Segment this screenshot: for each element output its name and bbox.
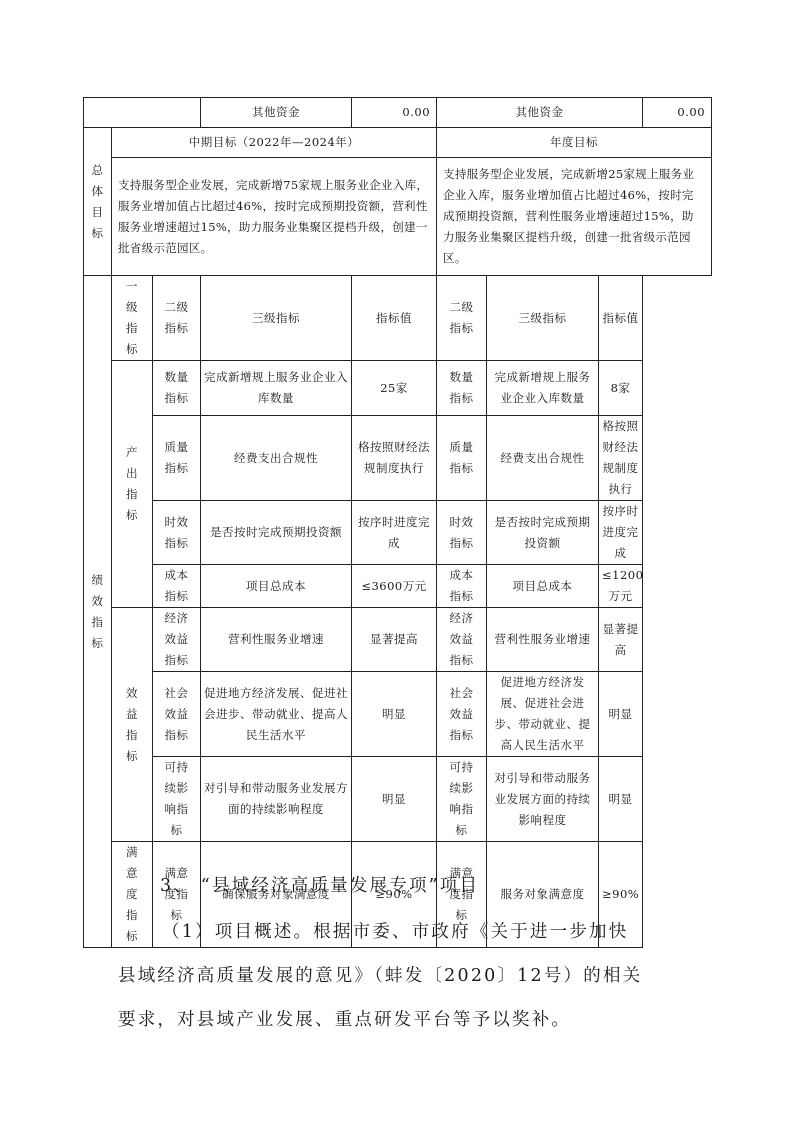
level2-annual-cell: 成本指标 [437,565,487,608]
level3-annual-cell: 对引导和带动服务业发展方面的持续影响程度 [487,757,599,842]
level2-cell: 社会效益指标 [153,672,201,757]
level3-annual-cell: 经费支出合规性 [487,416,599,501]
indicator-row: 产出指标 数量指标 完成新增规上服务业企业入库数量 25家 数量指标 完成新增规… [84,361,712,416]
value-annual-cell: ≤1200万元 [599,565,643,608]
section-heading: 3、 “县域经济高质量发展专项”项目 [160,872,479,897]
level2-annual-cell: 可持续影响指标 [437,757,487,842]
level3-annual-cell: 完成新增规上服务业企业入库数量 [487,361,599,416]
performance-goal-table: 其他资金 0.00 其他资金 0.00 总体目标 中期目标（2022年—2024… [83,97,712,948]
indicator-row: 时效指标 是否按时完成预期投资额 按序时进度完成 时效指标 是否按时完成预期投资… [84,501,712,565]
level3-annual-cell: 项目总成本 [487,565,599,608]
value-cell: ≤3600万元 [352,565,437,608]
level2-cell: 数量指标 [153,361,201,416]
value-cell: 格按照财经法规制度执行 [352,416,437,501]
level3-cell: 完成新增规上服务业企业入库数量 [201,361,352,416]
funding-label-midterm: 其他资金 [201,98,352,128]
header-level2-annual: 二级指标 [437,276,487,361]
level2-cell: 可持续影响指标 [153,757,201,842]
level3-cell: 项目总成本 [201,565,352,608]
value-annual-cell: 8家 [599,361,643,416]
value-annual-cell: 按序时进度完成 [599,501,643,565]
header-value-annual: 指标值 [599,276,643,361]
funding-row: 其他资金 0.00 其他资金 0.00 [84,98,712,128]
level3-annual-cell: 促进地方经济发展、促进社会进步、带动就业、提高人民生活水平 [487,672,599,757]
paragraph-line: 要求，对县域产业发展、重点研发平台等予以奖补。 [118,1006,571,1031]
annual-goal-text: 支持服务型企业发展，完成新增25家规上服务业企业入库，服务业增加值占比超过46%… [437,158,712,276]
level3-cell: 对引导和带动服务业发展方面的持续影响程度 [201,757,352,842]
mid-term-goal-text: 支持服务型企业发展，完成新增75家规上服务业企业入库，服务业增加值占比超过46%… [112,158,437,276]
header-level1: 一级指标 [112,276,153,361]
indicator-row: 效益指标 经济效益指标 营利性服务业增速 显著提高 经济效益指标 营利性服务业增… [84,608,712,672]
header-level3: 三级指标 [201,276,352,361]
header-level2: 二级指标 [153,276,201,361]
value-cell: 明显 [352,672,437,757]
value-annual-cell: 明显 [599,757,643,842]
paragraph-line: 县域经济高质量发展的意见》（蚌发〔2020〕12号）的相关 [118,962,642,987]
overall-goal-label: 总体目标 [84,128,112,276]
level1-output: 产出指标 [112,361,153,608]
funding-value-midterm: 0.00 [352,98,437,128]
funding-label-annual: 其他资金 [437,98,643,128]
indicator-row: 社会效益指标 促进地方经济发展、促进社会进步、带动就业、提高人民生活水平 明显 … [84,672,712,757]
level2-annual-cell: 经济效益指标 [437,608,487,672]
level3-cell: 经费支出合规性 [201,416,352,501]
level1-satisfaction: 满意度指标 [112,842,153,948]
overall-goal-header-row: 总体目标 中期目标（2022年—2024年） 年度目标 [84,128,712,158]
level2-cell: 质量指标 [153,416,201,501]
level2-annual-cell: 质量指标 [437,416,487,501]
level2-cell: 经济效益指标 [153,608,201,672]
level1-benefit: 效益指标 [112,608,153,842]
indicator-header-row: 绩效指标 一级指标 二级指标 三级指标 指标值 二级指标 三级指标 指标值 [84,276,712,361]
level2-annual-cell: 时效指标 [437,501,487,565]
overall-goal-text-row: 支持服务型企业发展，完成新增75家规上服务业企业入库，服务业增加值占比超过46%… [84,158,712,276]
value-annual-cell: 明显 [599,672,643,757]
level2-cell: 时效指标 [153,501,201,565]
performance-indicator-label: 绩效指标 [84,276,112,948]
level3-cell: 营利性服务业增速 [201,608,352,672]
value-cell: 显著提高 [352,608,437,672]
level2-annual-cell: 数量指标 [437,361,487,416]
value-cell: 按序时进度完成 [352,501,437,565]
indicator-row: 成本指标 项目总成本 ≤3600万元 成本指标 项目总成本 ≤1200万元 [84,565,712,608]
level3-cell: 是否按时完成预期投资额 [201,501,352,565]
header-level3-annual: 三级指标 [487,276,599,361]
value-cell: 明显 [352,757,437,842]
level2-annual-cell: 社会效益指标 [437,672,487,757]
value-annual-cell: 显著提高 [599,608,643,672]
value-annual-cell: 格按照财经法规制度执行 [599,416,643,501]
level3-annual-cell: 营利性服务业增速 [487,608,599,672]
paragraph-line: （1）项目概述。根据市委、市政府《关于进一步加快 [162,918,628,943]
funding-value-annual: 0.00 [643,98,712,128]
indicator-row: 可持续影响指标 对引导和带动服务业发展方面的持续影响程度 明显 可持续影响指标 … [84,757,712,842]
value-cell: 25家 [352,361,437,416]
mid-term-goal-header: 中期目标（2022年—2024年） [112,128,437,158]
header-value: 指标值 [352,276,437,361]
level2-cell: 成本指标 [153,565,201,608]
empty-cell [84,98,201,128]
level3-cell: 促进地方经济发展、促进社会进步、带动就业、提高人民生活水平 [201,672,352,757]
annual-goal-header: 年度目标 [437,128,712,158]
indicator-row: 质量指标 经费支出合规性 格按照财经法规制度执行 质量指标 经费支出合规性 格按… [84,416,712,501]
level3-annual-cell: 是否按时完成预期投资额 [487,501,599,565]
